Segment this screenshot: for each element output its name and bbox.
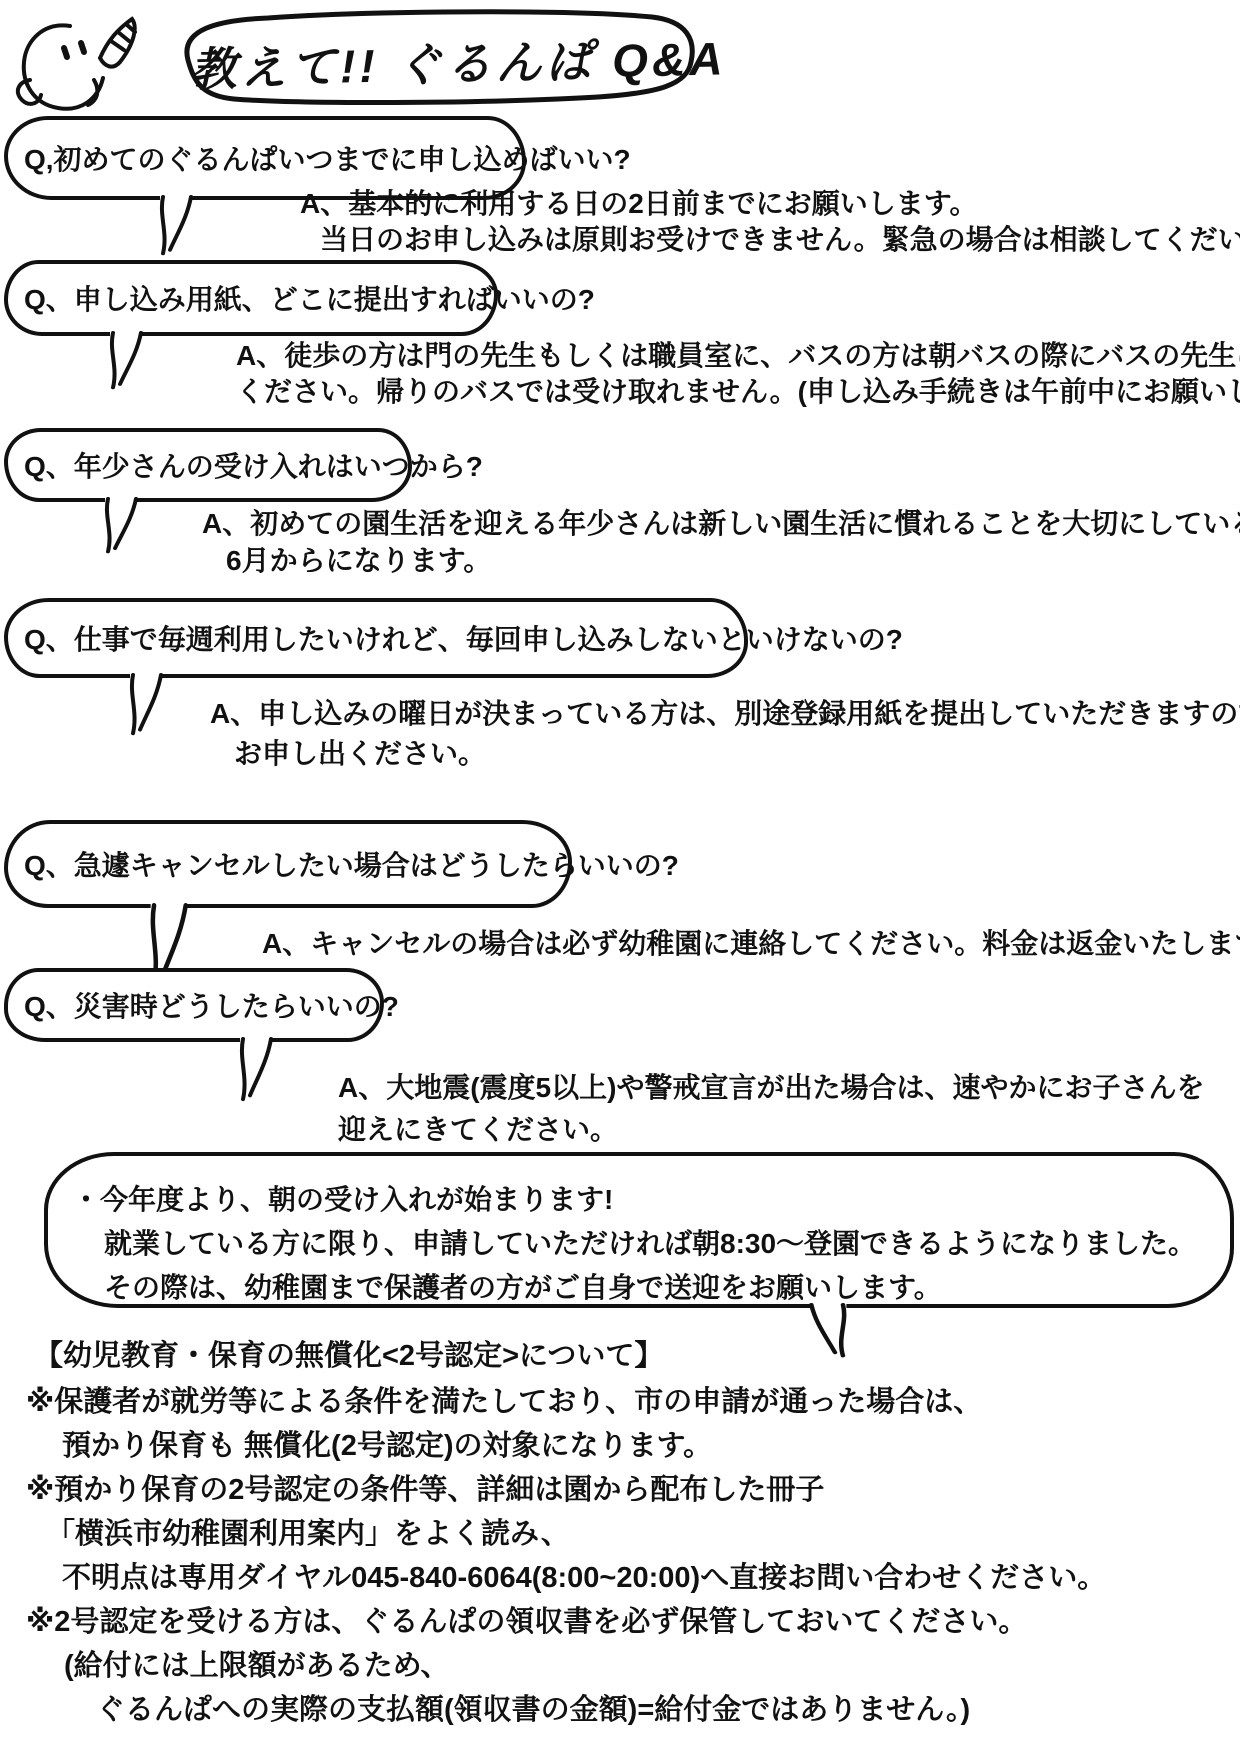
answer-line: A、基本的に利用する日の2日前までにお願いします。 (300, 188, 978, 220)
footer-note-line: ※保護者が就労等による条件を満たしており、市の申請が通った場合は、 (26, 1386, 982, 1419)
answer-line: 6月からになります。 (226, 545, 491, 577)
speech-tail-icon (235, 1037, 281, 1103)
answer-line: A、初めての園生活を迎える年少さんは新しい園生活に慣れることを大切にしているので… (202, 508, 1240, 540)
answer-line: 迎えにきてください。 (338, 1114, 618, 1146)
question-bubble-6: Q、災害時どうしたらいいの? (4, 968, 384, 1042)
answer-line: お申し出ください。 (234, 738, 486, 770)
question-text-2: Q、申し込み用紙、どこに提出すればいいの? (24, 278, 595, 318)
question-text-4: Q、仕事で毎週利用したいけれど、毎回申し込みしないといけないの? (24, 618, 903, 658)
footer-note-line: ぐるんぱへの実際の支払額(領収書の金額)=給付金ではありません。) (96, 1694, 970, 1727)
answer-line: ください。帰りのバスでは受け取れません。(申し込み手続きは午前中にお願いします) (236, 376, 1240, 408)
speech-tail-icon (800, 1303, 852, 1359)
footer-note-line: 「横浜市幼稚園利用案内」をよく読み、 (46, 1518, 570, 1551)
elephant-doodle-icon (8, 12, 158, 122)
question-bubble-4: Q、仕事で毎週利用したいけれど、毎回申し込みしないといけないの? (4, 598, 748, 678)
qa-handout-page: 教えて!! ぐるんぱ Q&A Q,初めてのぐるんぱいつまでに申し込めばいい? A… (0, 0, 1240, 1754)
question-bubble-5: Q、急遽キャンセルしたい場合はどうしたらいいの? (4, 820, 572, 908)
notice-line: その際は、幼稚園まで保護者の方がご自身で送迎をお願いします。 (104, 1272, 942, 1304)
question-bubble-2: Q、申し込み用紙、どこに提出すればいいの? (4, 260, 498, 336)
footer-heading: 【幼児教育・保育の無償化<2号認定>について】 (34, 1340, 663, 1373)
footer-note-line: 預かり保育も 無償化(2号認定)の対象になります。 (62, 1430, 712, 1463)
footer-note-line: ※預かり保育の2号認定の条件等、詳細は園から配布した冊子 (26, 1474, 824, 1507)
answer-line: A、キャンセルの場合は必ず幼稚園に連絡してください。料金は返金いたします。 (262, 928, 1240, 960)
question-text-3: Q、年少さんの受け入れはいつから? (24, 445, 483, 485)
speech-tail-icon (100, 497, 146, 555)
page-title: 教えて!! ぐるんぱ Q&A (189, 22, 727, 99)
footer-note-line: ※2号認定を受ける方は、ぐるんぱの領収書を必ず保管しておいてください。 (26, 1606, 1027, 1639)
question-bubble-3: Q、年少さんの受け入れはいつから? (4, 428, 412, 502)
speech-tail-icon (125, 673, 171, 737)
question-text-5: Q、急遽キャンセルしたい場合はどうしたらいいの? (24, 844, 679, 884)
question-text-1: Q,初めてのぐるんぱいつまでに申し込めばいい? (24, 138, 631, 178)
answer-line: A、申し込みの曜日が決まっている方は、別途登録用紙を提出していただきますので (210, 698, 1240, 730)
question-text-6: Q、災害時どうしたらいいの? (24, 985, 399, 1025)
answer-line: 当日のお申し込みは原則お受けできません。緊急の場合は相談してくだいね。 (320, 224, 1240, 256)
speech-tail-icon (155, 195, 201, 257)
answer-line: A、大地震(震度5以上)や警戒宣言が出た場合は、速やかにお子さんを (338, 1072, 1204, 1104)
answer-line: A、徒歩の方は門の先生もしくは職員室に、バスの方は朝バスの際にバスの先生に提出し… (236, 340, 1240, 372)
speech-tail-icon (105, 331, 151, 391)
notice-line: ・今年度より、朝の受け入れが始まります! (72, 1184, 613, 1216)
footer-note-line: (給付には上限額があるため、 (64, 1650, 450, 1683)
notice-line: 就業している方に限り、申請していただければ朝8:30〜登園できるようになりました… (104, 1228, 1196, 1260)
footer-phone-line: 不明点は専用ダイヤル045-840-6064(8:00~20:00)へ直接お問い… (62, 1562, 1106, 1595)
